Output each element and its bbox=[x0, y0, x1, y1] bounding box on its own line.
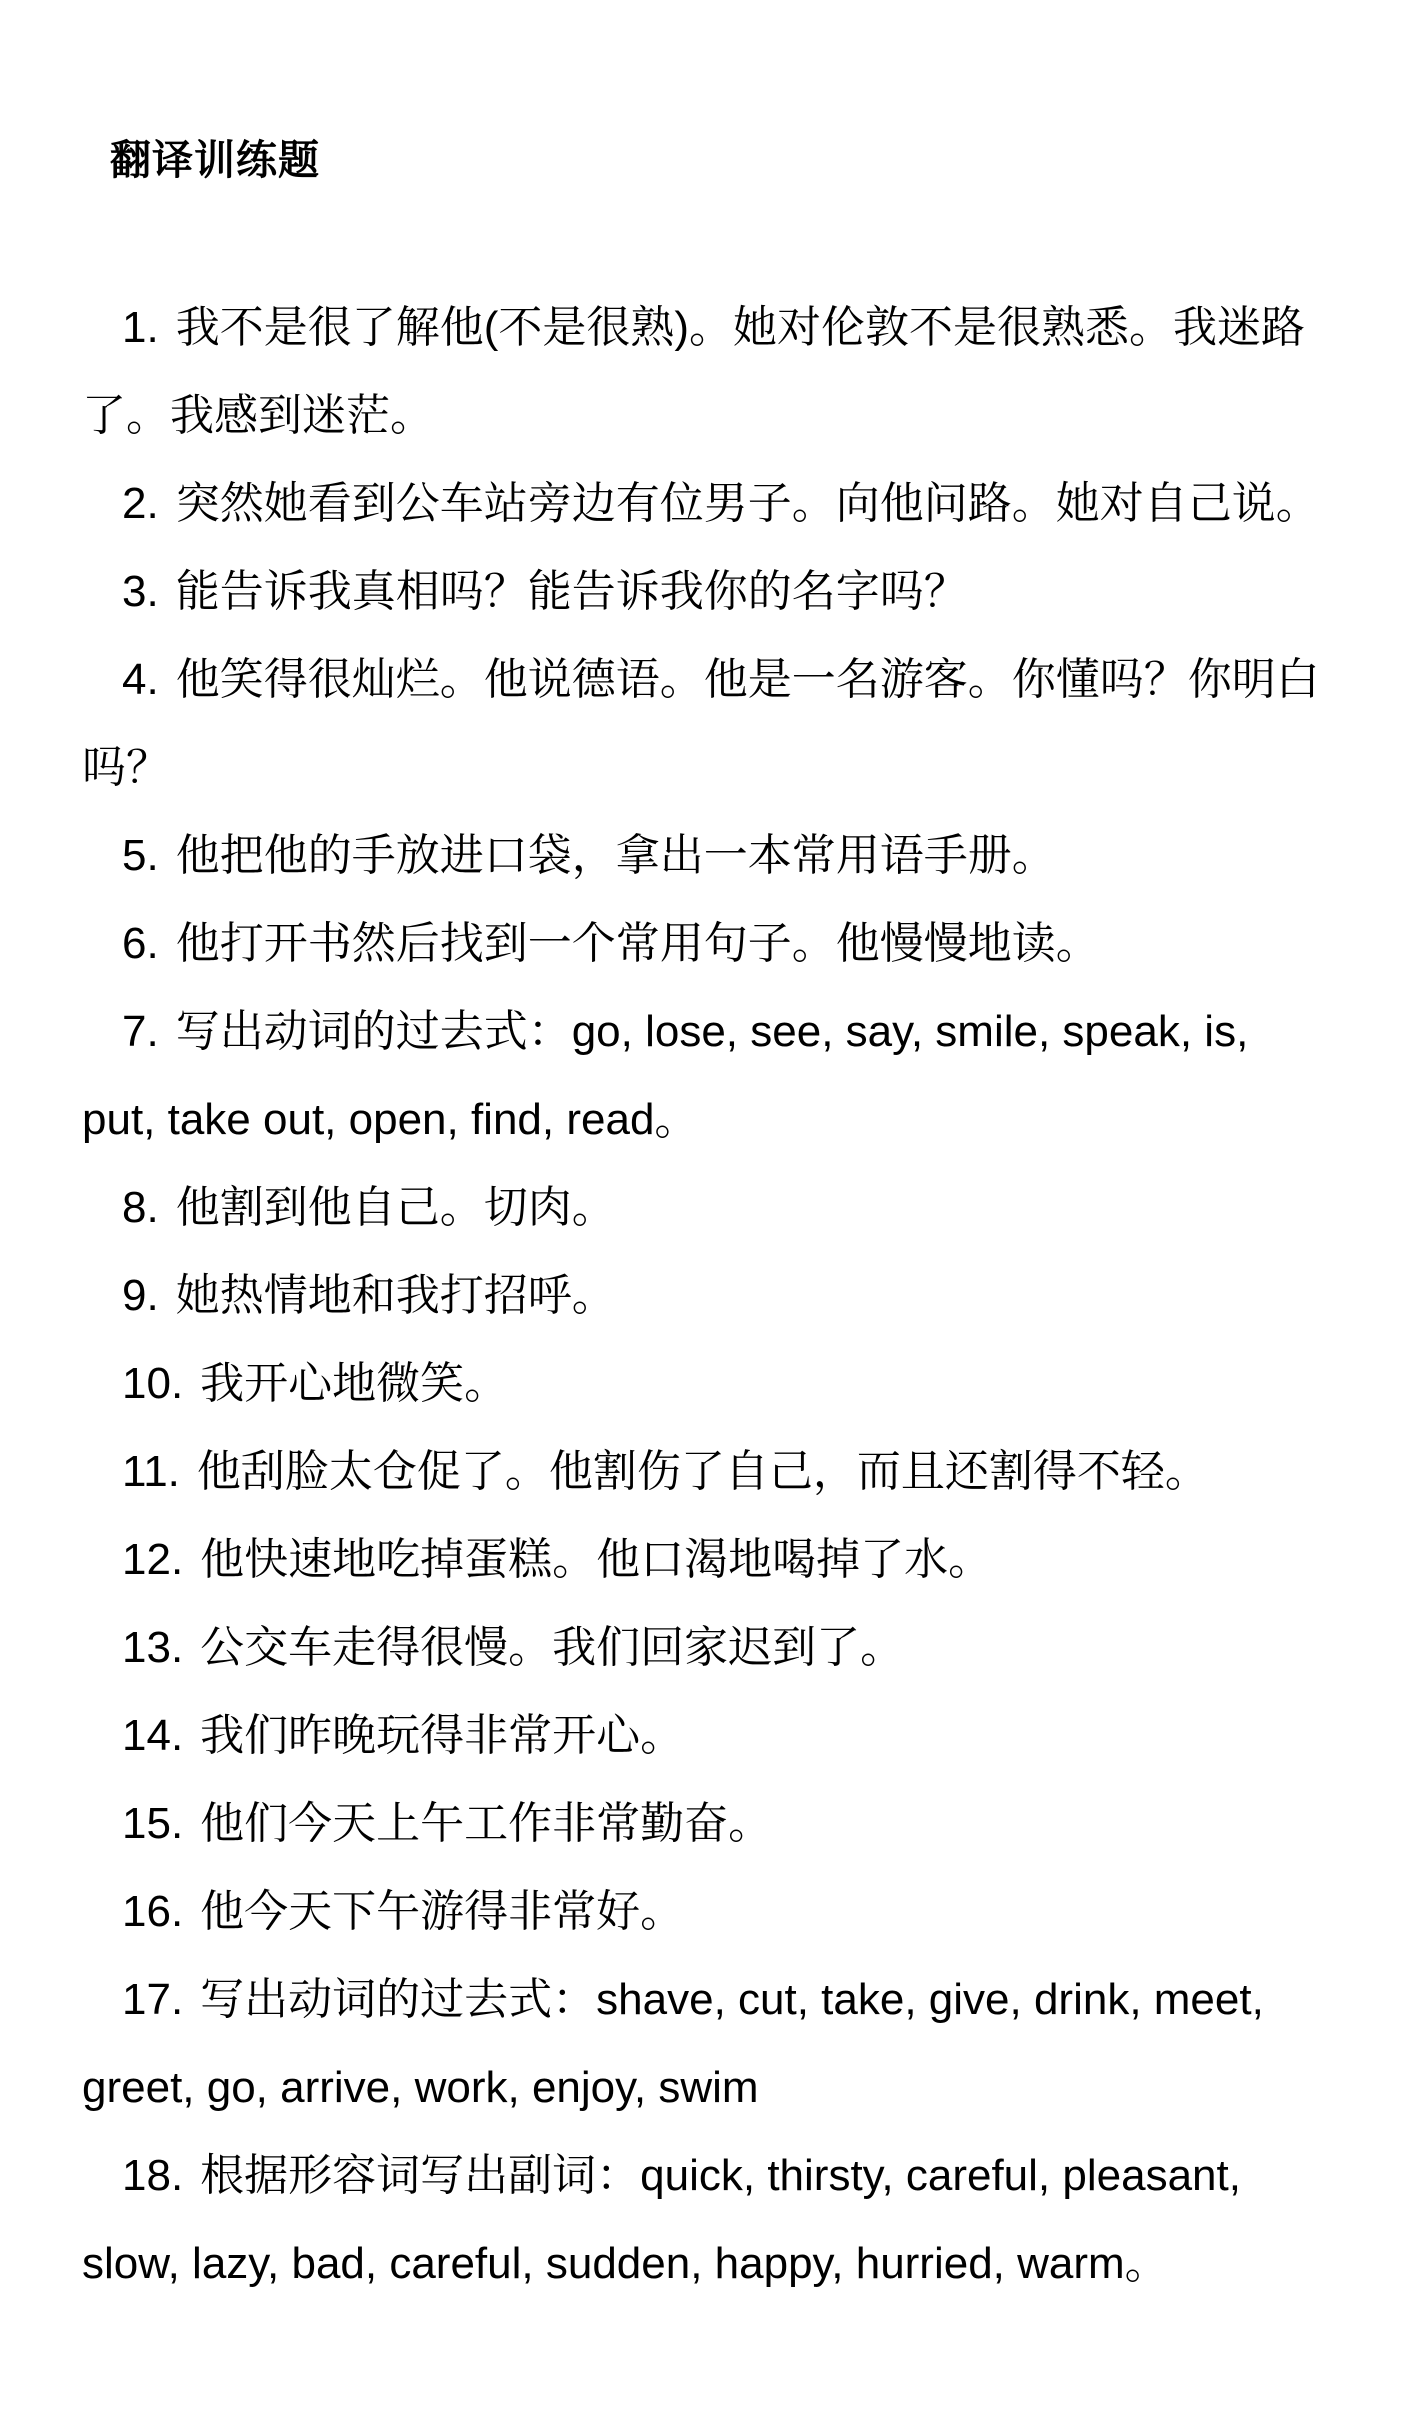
exercise-item-15: 15.他们今天上午工作非常勤奋。 bbox=[82, 1780, 1339, 1868]
item-text: 他笑得很灿烂。他说德语。他是一名游客。你懂吗？你明白 bbox=[176, 655, 1320, 704]
item-text: 他刮脸太仓促了。他割伤了自己，而且还割得不轻。 bbox=[197, 1447, 1209, 1496]
item-line: 15.他们今天上午工作非常勤奋。 bbox=[82, 1780, 1339, 1868]
exercise-item-11: 11.他刮脸太仓促了。他割伤了自己，而且还割得不轻。 bbox=[82, 1428, 1339, 1516]
item-number: 2. bbox=[122, 479, 159, 528]
exercise-item-10: 10.我开心地微笑。 bbox=[82, 1340, 1339, 1428]
item-number: 13. bbox=[122, 1623, 183, 1672]
item-text-continuation: 了。我感到迷茫。 bbox=[82, 372, 1339, 460]
item-number: 15. bbox=[122, 1799, 183, 1848]
item-number: 18. bbox=[122, 2151, 183, 2200]
item-text-continuation: slow, lazy, bad, careful, sudden, happy,… bbox=[82, 2220, 1339, 2308]
item-number: 12. bbox=[122, 1535, 183, 1584]
item-text-continuation: 吗？ bbox=[82, 724, 1339, 812]
item-line: 4.他笑得很灿烂。他说德语。他是一名游客。你懂吗？你明白 bbox=[82, 636, 1339, 724]
exercise-item-12: 12.他快速地吃掉蛋糕。他口渴地喝掉了水。 bbox=[82, 1516, 1339, 1604]
exercise-item-3: 3.能告诉我真相吗？能告诉我你的名字吗？ bbox=[82, 548, 1339, 636]
item-line: 1.我不是很了解他(不是很熟)。她对伦敦不是很熟悉。我迷路 bbox=[82, 284, 1339, 372]
exercise-item-18: 18.根据形容词写出副词：quick, thirsty, careful, pl… bbox=[82, 2132, 1339, 2308]
item-text: 突然她看到公车站旁边有位男子。向他问路。她对自己说。 bbox=[176, 479, 1320, 528]
item-line: 17.写出动词的过去式：shave, cut, take, give, drin… bbox=[82, 1956, 1339, 2044]
item-line: 16.他今天下午游得非常好。 bbox=[82, 1868, 1339, 1956]
item-line: 2.突然她看到公车站旁边有位男子。向他问路。她对自己说。 bbox=[82, 460, 1339, 548]
exercise-item-9: 9.她热情地和我打招呼。 bbox=[82, 1252, 1339, 1340]
exercise-item-5: 5.他把他的手放进口袋，拿出一本常用语手册。 bbox=[82, 812, 1339, 900]
item-text: 他把他的手放进口袋，拿出一本常用语手册。 bbox=[176, 831, 1056, 880]
item-text: 他们今天上午工作非常勤奋。 bbox=[200, 1799, 772, 1848]
exercise-item-8: 8.他割到他自己。切肉。 bbox=[82, 1164, 1339, 1252]
item-number: 8. bbox=[122, 1183, 159, 1232]
item-line: 12.他快速地吃掉蛋糕。他口渴地喝掉了水。 bbox=[82, 1516, 1339, 1604]
item-number: 6. bbox=[122, 919, 159, 968]
exercise-item-14: 14.我们昨晚玩得非常开心。 bbox=[82, 1692, 1339, 1780]
item-text: 他打开书然后找到一个常用句子。他慢慢地读。 bbox=[176, 919, 1100, 968]
exercise-item-13: 13.公交车走得很慢。我们回家迟到了。 bbox=[82, 1604, 1339, 1692]
item-line: 5.他把他的手放进口袋，拿出一本常用语手册。 bbox=[82, 812, 1339, 900]
item-line: 7.写出动词的过去式：go, lose, see, say, smile, sp… bbox=[82, 988, 1339, 1076]
item-line: 9.她热情地和我打招呼。 bbox=[82, 1252, 1339, 1340]
exercise-item-1: 1.我不是很了解他(不是很熟)。她对伦敦不是很熟悉。我迷路 了。我感到迷茫。 bbox=[82, 284, 1339, 460]
item-line: 11.他刮脸太仓促了。他割伤了自己，而且还割得不轻。 bbox=[82, 1428, 1339, 1516]
item-line: 13.公交车走得很慢。我们回家迟到了。 bbox=[82, 1604, 1339, 1692]
item-line: 3.能告诉我真相吗？能告诉我你的名字吗？ bbox=[82, 548, 1339, 636]
exercise-item-2: 2.突然她看到公车站旁边有位男子。向他问路。她对自己说。 bbox=[82, 460, 1339, 548]
item-text: 写出动词的过去式：go, lose, see, say, smile, spea… bbox=[176, 1007, 1249, 1056]
item-number: 17. bbox=[122, 1975, 183, 2024]
item-line: 18.根据形容词写出副词：quick, thirsty, careful, pl… bbox=[82, 2132, 1339, 2220]
item-text: 她热情地和我打招呼。 bbox=[176, 1271, 616, 1320]
item-number: 10. bbox=[122, 1359, 183, 1408]
item-number: 4. bbox=[122, 655, 159, 704]
item-text: 我不是很了解他(不是很熟)。她对伦敦不是很熟悉。我迷路 bbox=[176, 303, 1305, 352]
document-page: 翻译训练题 1.我不是很了解他(不是很熟)。她对伦敦不是很熟悉。我迷路 了。我感… bbox=[0, 0, 1417, 2432]
item-line: 10.我开心地微笑。 bbox=[82, 1340, 1339, 1428]
item-text-continuation: greet, go, arrive, work, enjoy, swim bbox=[82, 2044, 1339, 2132]
item-text-continuation: put, take out, open, find, read。 bbox=[82, 1076, 1339, 1164]
item-number: 11. bbox=[122, 1447, 180, 1496]
item-text: 写出动词的过去式：shave, cut, take, give, drink, … bbox=[200, 1975, 1264, 2024]
exercise-item-17: 17.写出动词的过去式：shave, cut, take, give, drin… bbox=[82, 1956, 1339, 2132]
item-text: 能告诉我真相吗？能告诉我你的名字吗？ bbox=[176, 567, 968, 616]
exercise-item-7: 7.写出动词的过去式：go, lose, see, say, smile, sp… bbox=[82, 988, 1339, 1164]
item-text: 根据形容词写出副词：quick, thirsty, careful, pleas… bbox=[200, 2151, 1241, 2200]
exercise-item-16: 16.他今天下午游得非常好。 bbox=[82, 1868, 1339, 1956]
item-text: 他割到他自己。切肉。 bbox=[176, 1183, 616, 1232]
item-number: 5. bbox=[122, 831, 159, 880]
document-title: 翻译训练题 bbox=[110, 135, 1339, 185]
item-text: 他今天下午游得非常好。 bbox=[200, 1887, 684, 1936]
item-text: 我们昨晚玩得非常开心。 bbox=[200, 1711, 684, 1760]
item-text: 公交车走得很慢。我们回家迟到了。 bbox=[200, 1623, 904, 1672]
exercise-list: 1.我不是很了解他(不是很熟)。她对伦敦不是很熟悉。我迷路 了。我感到迷茫。 2… bbox=[82, 284, 1339, 2308]
item-number: 9. bbox=[122, 1271, 159, 1320]
item-number: 1. bbox=[122, 303, 159, 352]
item-line: 6.他打开书然后找到一个常用句子。他慢慢地读。 bbox=[82, 900, 1339, 988]
item-number: 16. bbox=[122, 1887, 183, 1936]
exercise-item-6: 6.他打开书然后找到一个常用句子。他慢慢地读。 bbox=[82, 900, 1339, 988]
item-number: 7. bbox=[122, 1007, 159, 1056]
item-text: 他快速地吃掉蛋糕。他口渴地喝掉了水。 bbox=[200, 1535, 992, 1584]
item-number: 14. bbox=[122, 1711, 183, 1760]
item-text: 我开心地微笑。 bbox=[200, 1359, 508, 1408]
item-line: 14.我们昨晚玩得非常开心。 bbox=[82, 1692, 1339, 1780]
item-line: 8.他割到他自己。切肉。 bbox=[82, 1164, 1339, 1252]
exercise-item-4: 4.他笑得很灿烂。他说德语。他是一名游客。你懂吗？你明白 吗？ bbox=[82, 636, 1339, 812]
item-number: 3. bbox=[122, 567, 159, 616]
